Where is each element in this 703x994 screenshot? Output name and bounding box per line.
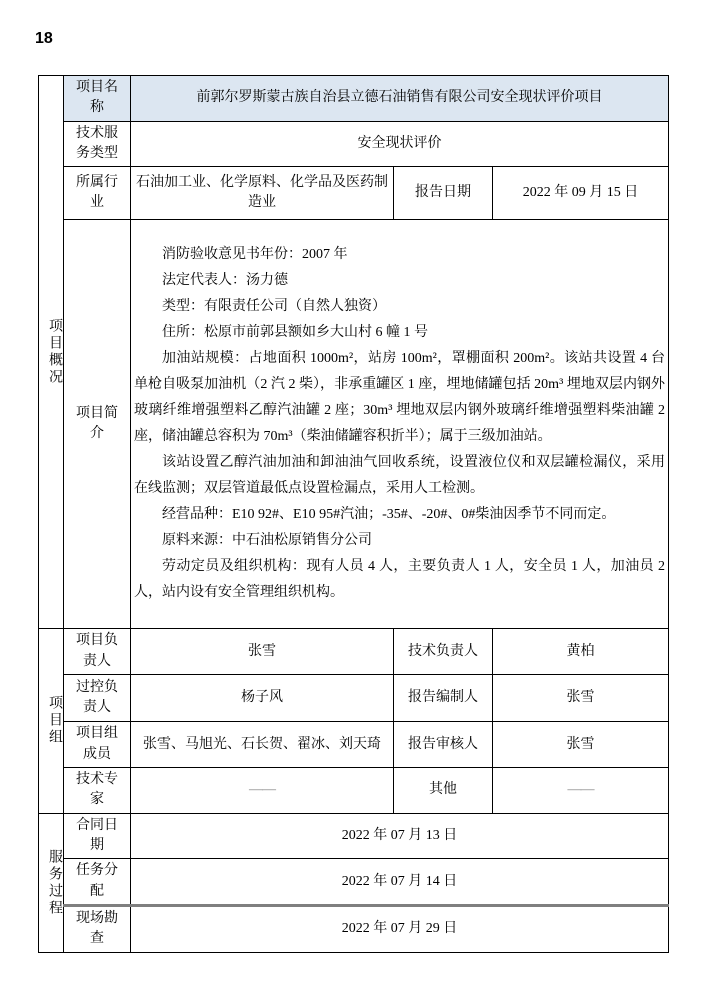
row-industry: 所属行业 石油加工业、化学原料、化学品及医药制造业 报告日期 2022 年 09… bbox=[39, 167, 669, 220]
section-overview-cell: 项目概况 bbox=[39, 76, 64, 629]
section-process-label: 服务过程 bbox=[42, 849, 67, 917]
service-type-header-cell: 技术服务类型 bbox=[64, 121, 131, 167]
row-site-survey: 现场勘查 2022 年 07 月 29 日 bbox=[39, 905, 669, 952]
service-type-value: 安全现状评价 bbox=[131, 121, 669, 167]
row-service-type: 技术服务类型 安全现状评价 bbox=[39, 121, 669, 167]
task-assignment-header-cell: 任务分配 bbox=[64, 859, 131, 906]
experts-value: —— bbox=[131, 768, 394, 814]
intro-paragraph: 加油站规模：占地面积 1000m²，站房 100m²，罩棚面积 200m²。该站… bbox=[134, 346, 665, 450]
task-assignment-value: 2022 年 07 月 14 日 bbox=[131, 859, 669, 906]
industry-header: 所属行业 bbox=[76, 173, 118, 214]
report-date-label: 报告日期 bbox=[394, 167, 493, 220]
industry-value: 石油加工业、化学原料、化学品及医药制造业 bbox=[131, 167, 394, 220]
intro-paragraph: 劳动定员及组织机构：现有人员 4 人，主要负责人 1 人，安全员 1 人，加油员… bbox=[134, 554, 665, 606]
row-intro: 项目简介 消防验收意见书年份：2007 年 法定代表人：汤力德 类型：有限责任公… bbox=[39, 220, 669, 629]
project-leader-header-cell: 项目负责人 bbox=[64, 629, 131, 675]
project-name-header: 项目名称 bbox=[76, 78, 118, 119]
project-info-table: 项目概况 项目名称 前郭尔罗斯蒙古族自治县立德石油销售有限公司安全现状评价项目 … bbox=[38, 75, 669, 953]
process-control-header: 过控负责人 bbox=[76, 678, 118, 719]
site-survey-value: 2022 年 07 月 29 日 bbox=[131, 905, 669, 952]
tech-leader-label: 技术负责人 bbox=[394, 629, 493, 675]
project-name-value: 前郭尔罗斯蒙古族自治县立德石油销售有限公司安全现状评价项目 bbox=[131, 76, 669, 122]
process-control-header-cell: 过控负责人 bbox=[64, 675, 131, 722]
row-team-members: 项目组成员 张雪、马旭光、石长贺、翟冰、刘天琦 报告审核人 张雪 bbox=[39, 722, 669, 768]
intro-paragraph: 原料来源：中石油松原销售分公司 bbox=[134, 528, 665, 554]
service-type-header: 技术服务类型 bbox=[76, 124, 118, 165]
row-contract-date: 服务过程 合同日期 2022 年 07 月 13 日 bbox=[39, 813, 669, 859]
intro-paragraph: 该站设置乙醇汽油加油和卸油油气回收系统，设置液位仪和双层罐检漏仪，采用在线监测；… bbox=[134, 450, 665, 502]
intro-paragraph: 法定代表人：汤力德 bbox=[134, 268, 665, 294]
contract-date-header-cell: 合同日期 bbox=[64, 813, 131, 859]
report-reviewer-label: 报告审核人 bbox=[394, 722, 493, 768]
row-task-assignment: 任务分配 2022 年 07 月 14 日 bbox=[39, 859, 669, 906]
report-writer-value: 张雪 bbox=[493, 675, 669, 722]
team-members-header-cell: 项目组成员 bbox=[64, 722, 131, 768]
site-survey-header-cell: 现场勘查 bbox=[64, 905, 131, 952]
document-page: 18 项目概况 项目名称 前郭尔罗斯蒙古族自治县立德石油销售有限公司安全现状评价… bbox=[0, 0, 703, 994]
report-reviewer-value: 张雪 bbox=[493, 722, 669, 768]
section-overview-label: 项目概况 bbox=[42, 318, 67, 386]
row-process-control: 过控负责人 杨子风 报告编制人 张雪 bbox=[39, 675, 669, 722]
other-label: 其他 bbox=[394, 768, 493, 814]
intro-header: 项目简介 bbox=[76, 404, 118, 445]
team-members-header: 项目组成员 bbox=[76, 724, 118, 765]
project-name-header-cell: 项目名称 bbox=[64, 76, 131, 122]
industry-header-cell: 所属行业 bbox=[64, 167, 131, 220]
section-team-label: 项目组 bbox=[42, 695, 67, 746]
experts-header-cell: 技术专家 bbox=[64, 768, 131, 814]
other-value: —— bbox=[493, 768, 669, 814]
task-assignment-header: 任务分配 bbox=[76, 861, 118, 902]
section-team-cell: 项目组 bbox=[39, 629, 64, 814]
report-writer-label: 报告编制人 bbox=[394, 675, 493, 722]
intro-paragraph: 类型：有限责任公司（自然人独资） bbox=[134, 294, 665, 320]
process-control-value: 杨子风 bbox=[131, 675, 394, 722]
tech-leader-value: 黄柏 bbox=[493, 629, 669, 675]
experts-header: 技术专家 bbox=[76, 770, 118, 811]
page-number: 18 bbox=[35, 30, 53, 48]
contract-date-header: 合同日期 bbox=[76, 816, 118, 857]
intro-paragraph: 经营品种：E10 92#、E10 95#汽油；-35#、-20#、0#柴油因季节… bbox=[134, 502, 665, 528]
row-project-leader: 项目组 项目负责人 张雪 技术负责人 黄柏 bbox=[39, 629, 669, 675]
section-process-cell: 服务过程 bbox=[39, 813, 64, 952]
row-experts: 技术专家 —— 其他 —— bbox=[39, 768, 669, 814]
report-date-value: 2022 年 09 月 15 日 bbox=[493, 167, 669, 220]
project-leader-header: 项目负责人 bbox=[76, 631, 118, 672]
site-survey-header: 现场勘查 bbox=[76, 909, 118, 950]
row-project-name: 项目概况 项目名称 前郭尔罗斯蒙古族自治县立德石油销售有限公司安全现状评价项目 bbox=[39, 76, 669, 122]
project-leader-value: 张雪 bbox=[131, 629, 394, 675]
intro-paragraph: 消防验收意见书年份：2007 年 bbox=[134, 242, 665, 268]
intro-text-cell: 消防验收意见书年份：2007 年 法定代表人：汤力德 类型：有限责任公司（自然人… bbox=[131, 220, 669, 629]
intro-header-cell: 项目简介 bbox=[64, 220, 131, 629]
contract-date-value: 2022 年 07 月 13 日 bbox=[131, 813, 669, 859]
intro-paragraph: 住所：松原市前郭县额如乡大山村 6 幢 1 号 bbox=[134, 320, 665, 346]
team-members-value: 张雪、马旭光、石长贺、翟冰、刘天琦 bbox=[131, 722, 394, 768]
